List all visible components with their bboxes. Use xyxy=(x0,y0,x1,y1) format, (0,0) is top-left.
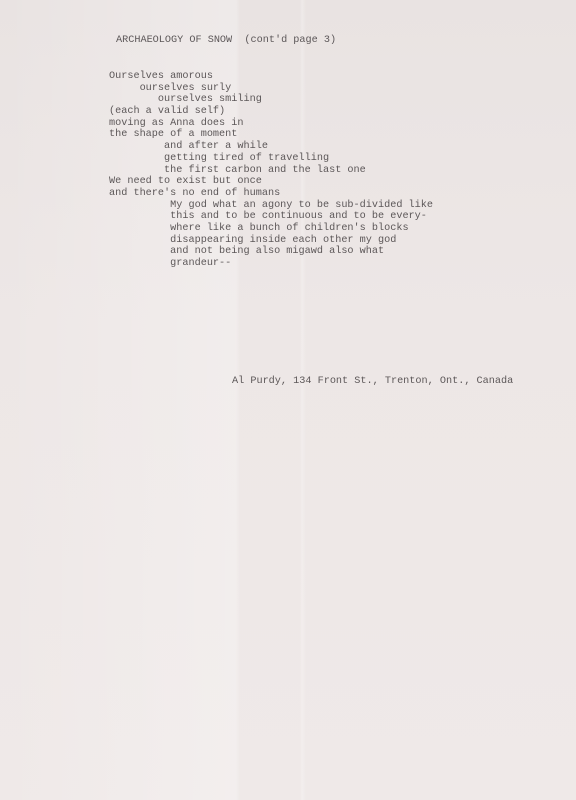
poem-line: where like a bunch of children's blocks xyxy=(109,223,433,235)
poem-line: grandeur-- xyxy=(109,258,433,270)
poem-line: Ourselves amorous xyxy=(109,71,433,83)
author-signature-address: Al Purdy, 134 Front St., Trenton, Ont., … xyxy=(232,376,513,388)
poem-line: moving as Anna does in xyxy=(109,118,433,130)
poem-line: disappearing inside each other my god xyxy=(109,235,433,247)
poem-body: Ourselves amorous ourselves surly oursel… xyxy=(109,71,433,270)
poem-line: and not being also migawd also what xyxy=(109,246,433,258)
poem-line: the shape of a moment xyxy=(109,129,433,141)
poem-line: this and to be continuous and to be ever… xyxy=(109,211,433,223)
poem-line: getting tired of travelling xyxy=(109,153,433,165)
poem-line: and after a while xyxy=(109,141,433,153)
poem-line: and there's no end of humans xyxy=(109,188,433,200)
poem-line: ourselves smiling xyxy=(109,94,433,106)
document-title: ARCHAEOLOGY OF SNOW (cont'd page 3) xyxy=(116,35,336,47)
poem-line: ourselves surly xyxy=(109,83,433,95)
poem-line: My god what an agony to be sub-divided l… xyxy=(109,200,433,212)
poem-line: We need to exist but once xyxy=(109,176,433,188)
poem-line: (each a valid self) xyxy=(109,106,433,118)
poem-line: the first carbon and the last one xyxy=(109,165,433,177)
